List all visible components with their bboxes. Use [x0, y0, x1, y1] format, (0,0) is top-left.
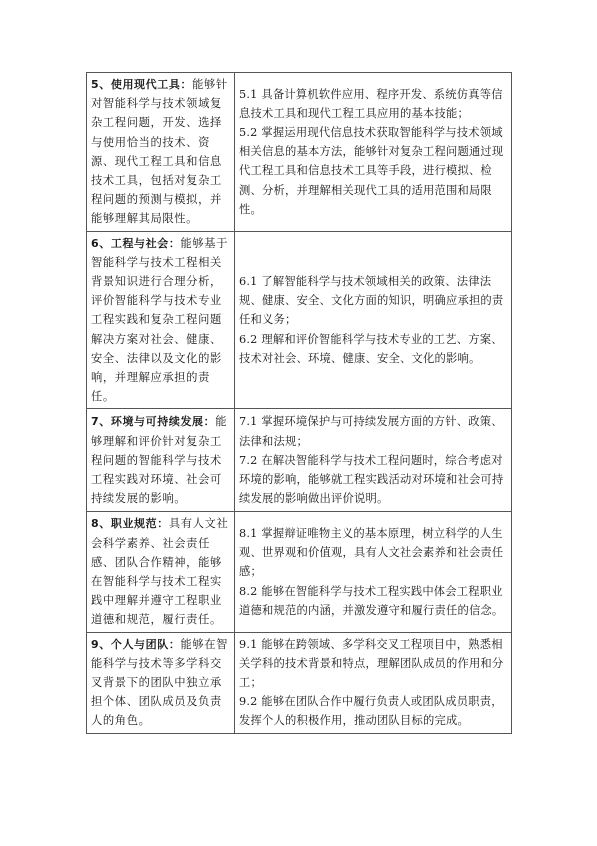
requirement-title: 9、个人与团队：	[91, 638, 180, 651]
requirement-title: 6、工程与社会：	[91, 237, 180, 250]
indicator-points-cell: 9.1 能够在跨领域、多学科交叉工程项目中，熟悉相关学科的技术背景和特点，理解团…	[235, 632, 512, 733]
requirement-description: 能够在智能科学与技术等多学科交叉背景下的团队中独立承担个体、团队成员及负责人的角…	[91, 638, 228, 728]
requirement-cell: 9、个人与团队：能够在智能科学与技术等多学科交叉背景下的团队中独立承担个体、团队…	[87, 632, 235, 733]
document-page: 5、使用现代工具：能够针对智能科学与技术领域复杂工程问题，开发、选择与使用恰当的…	[0, 0, 597, 846]
requirement-description: 能够理解和评价针对复杂工程问题的智能科学与技术工程实践对环境、社会可持续发展的影…	[91, 415, 227, 505]
requirement-title: 7、环境与可持续发展：	[91, 415, 215, 428]
indicator-point: 5.2 掌握运用现代信息技术获取智能科学与技术领域相关信息的基本方法，能够针对复…	[239, 123, 508, 219]
indicator-points-cell: 8.1 掌握辩证唯物主义的基本原理，树立科学的人生观、世界观和价值观，具有人文社…	[235, 512, 512, 632]
table-row: 6、工程与社会：能够基于智能科学与技术工程相关背景知识进行合理分析，评价智能科学…	[87, 231, 512, 409]
indicator-point: 8.1 掌握辩证唯物主义的基本原理，树立科学的人生观、世界观和价值观，具有人文社…	[239, 524, 508, 582]
table-row: 7、环境与可持续发展：能够理解和评价针对复杂工程问题的智能科学与技术工程实践对环…	[87, 409, 512, 512]
indicator-point: 8.2 能够在智能科学与技术工程实践中体会工程职业道德和规范的内涵，并激发遵守和…	[239, 582, 508, 620]
indicator-point: 7.1 掌握环境保护与可持续发展方面的方针、政策、法律和法规；	[239, 412, 508, 450]
table-row: 9、个人与团队：能够在智能科学与技术等多学科交叉背景下的团队中独立承担个体、团队…	[87, 632, 512, 733]
requirement-description: 具有人文社会科学素养、社会责任感、团队合作精神，能够在智能科学与技术工程实践中理…	[91, 517, 228, 626]
table-row: 5、使用现代工具：能够针对智能科学与技术领域复杂工程问题，开发、选择与使用恰当的…	[87, 73, 512, 232]
requirement-title: 8、职业规范：	[91, 517, 169, 530]
indicator-point: 9.2 能够在团队合作中履行负责人或团队成员职责，发挥个人的积极作用，推动团队目…	[239, 692, 508, 730]
indicator-point: 6.1 了解智能科学与技术领域相关的政策、法律法规、健康、安全、文化方面的知识，…	[239, 272, 508, 330]
indicator-point: 7.2 在解决智能科学与技术工程问题时，综合考虑对环境的影响，能够就工程实践活动…	[239, 451, 508, 509]
requirement-cell: 5、使用现代工具：能够针对智能科学与技术领域复杂工程问题，开发、选择与使用恰当的…	[87, 73, 235, 232]
indicator-point: 5.1 具备计算机软件应用、程序开发、系统仿真等信息技术工具和现代工程工具应用的…	[239, 85, 508, 123]
requirement-title: 5、使用现代工具：	[91, 78, 192, 91]
requirement-cell: 7、环境与可持续发展：能够理解和评价针对复杂工程问题的智能科学与技术工程实践对环…	[87, 409, 235, 512]
requirement-description: 能够针对智能科学与技术领域复杂工程问题，开发、选择与使用恰当的技术、资源、现代工…	[91, 78, 228, 225]
requirement-description: 能够基于智能科学与技术工程相关背景知识进行合理分析，评价智能科学与技术专业工程实…	[91, 237, 228, 404]
indicator-points-cell: 6.1 了解智能科学与技术领域相关的政策、法律法规、健康、安全、文化方面的知识，…	[235, 231, 512, 409]
requirement-cell: 6、工程与社会：能够基于智能科学与技术工程相关背景知识进行合理分析，评价智能科学…	[87, 231, 235, 409]
indicator-points-cell: 7.1 掌握环境保护与可持续发展方面的方针、政策、法律和法规； 7.2 在解决智…	[235, 409, 512, 512]
indicator-point: 6.2 理解和评价智能科学与技术专业的工艺、方案、技术对社会、环境、健康、安全、…	[239, 330, 508, 368]
table-row: 8、职业规范：具有人文社会科学素养、社会责任感、团队合作精神，能够在智能科学与技…	[87, 512, 512, 632]
graduation-requirements-table: 5、使用现代工具：能够针对智能科学与技术领域复杂工程问题，开发、选择与使用恰当的…	[86, 72, 512, 734]
indicator-points-cell: 5.1 具备计算机软件应用、程序开发、系统仿真等信息技术工具和现代工程工具应用的…	[235, 73, 512, 232]
indicator-point: 9.1 能够在跨领域、多学科交叉工程项目中，熟悉相关学科的技术背景和特点，理解团…	[239, 635, 508, 693]
requirement-cell: 8、职业规范：具有人文社会科学素养、社会责任感、团队合作精神，能够在智能科学与技…	[87, 512, 235, 632]
